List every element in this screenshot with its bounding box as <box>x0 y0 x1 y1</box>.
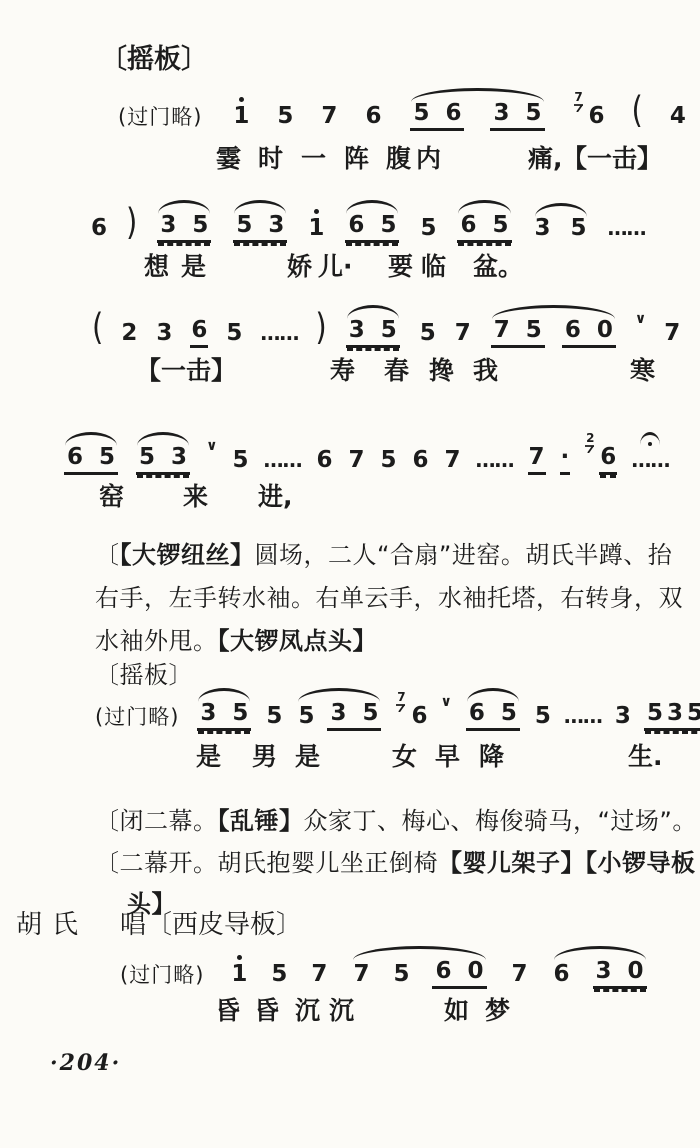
stage-direction-line: 水袖外甩。【大锣凤点头】 <box>95 626 377 656</box>
note: 5 <box>265 705 283 731</box>
grace-digit: 7 <box>397 691 405 703</box>
stage-direction-text: 右手，左手转水袖。右单云手，水袖托塔，右转身，双 <box>95 584 683 612</box>
lyrics-line-5: 是男是女早降生. <box>0 744 700 778</box>
continuation-dots: …… <box>476 450 514 470</box>
beamed-notes: 65 <box>64 446 118 475</box>
beamed-notes: 53 <box>136 446 190 475</box>
slur-group: 630 <box>551 946 649 989</box>
slur-group: 65 <box>455 200 513 243</box>
parenthesis: ) <box>126 204 137 243</box>
lyric-syllable: 生. <box>628 744 663 769</box>
slur-group: 65 <box>343 200 401 243</box>
note: 7 <box>347 449 365 475</box>
note-high-octave: 1 <box>230 963 248 989</box>
note-digit: 5 <box>362 702 378 725</box>
note-digit: 5 <box>526 319 542 342</box>
continuation-dots: …… <box>263 450 301 470</box>
note: 67 <box>410 705 428 731</box>
gong-pattern-marker: 【乱锤】 <box>218 807 304 835</box>
gong-pattern-marker: 【大锣纽丝】 <box>120 541 255 569</box>
note-digit: 3 <box>200 702 216 725</box>
grace-note: 7 <box>573 91 585 112</box>
beamed-notes: 35 <box>327 702 381 731</box>
note-digit: 5 <box>99 446 115 469</box>
continuation-dots: …… <box>564 706 602 726</box>
lyric-syllable: 时 <box>258 146 283 171</box>
tempo-marker-yaoban-top: 〔摇板〕 <box>100 46 208 73</box>
stage-direction-line: 〔摇板〕 <box>95 660 193 690</box>
lyrics-line-4: 窑来进, <box>0 484 700 518</box>
note: 6 <box>90 217 108 243</box>
lyric-syllable: 男 <box>252 744 277 769</box>
continuation-dots: …… <box>260 323 298 343</box>
lyric-syllable: 窑 <box>99 484 124 509</box>
interlude-omitted-label: (过门略) <box>118 107 202 128</box>
stage-direction-text: 〔 <box>95 541 120 569</box>
note-digit: 0 <box>628 960 644 983</box>
breath-mark: ∨ <box>441 695 452 709</box>
beamed-notes: 30 <box>593 960 647 989</box>
notation-line-4: 6553∨5……67567……7·62…… <box>62 432 669 475</box>
slur-group: 53 <box>231 200 289 243</box>
parenthesis: ( <box>632 92 643 131</box>
note: 5 <box>419 217 437 243</box>
lyric-syllable: 阵 <box>344 146 369 171</box>
beamed-notes: 35 <box>157 214 211 243</box>
lyric-syllable: 昏 <box>254 998 279 1023</box>
slur-group: 35 <box>344 305 402 348</box>
note: 7 <box>454 322 472 348</box>
note: 3 <box>534 217 552 243</box>
note: 6 <box>412 449 430 475</box>
beamed-notes: 75 <box>491 319 545 348</box>
lyric-syllable: 是 <box>181 254 206 279</box>
note: 3 <box>155 322 173 348</box>
note-high-octave: 1 <box>232 105 250 131</box>
note-digit: 6 <box>435 960 451 983</box>
lyric-syllable: 儿· <box>318 254 353 279</box>
note: 5 <box>225 322 243 348</box>
lyric-syllable: 内 <box>416 146 441 171</box>
beamed-notes: 35 <box>490 102 544 131</box>
stage-direction-line: 右手，左手转水袖。右单云手，水袖托塔，右转身，双 <box>95 583 683 613</box>
note: 7 <box>310 963 328 989</box>
lyric-syllable: 春 <box>384 358 409 383</box>
page-number: ·204· <box>50 1050 121 1076</box>
note: 5 <box>379 449 397 475</box>
lyrics-line-3: 【一击】寿春搀我寒 <box>0 358 700 392</box>
lyrics-line-6: 昏昏沉沉如梦 <box>0 998 700 1032</box>
note: 62 <box>599 446 617 475</box>
lyric-syllable: 寒 <box>630 358 655 383</box>
lyric-syllable: 降 <box>479 744 504 769</box>
breath-mark: ∨ <box>206 439 217 453</box>
stage-direction-line: 〔【大锣纽丝】圆场，二人“合扇”进窑。胡氏半蹲、抬 <box>95 540 672 570</box>
note-digit: 3 <box>171 446 187 469</box>
note-digit: 5 <box>501 702 517 725</box>
beamed-notes: 53 <box>233 214 287 243</box>
beamed-notes: 65 <box>345 214 399 243</box>
notation-line-1: (过门略)1576563567(43·5 <box>118 88 700 131</box>
parenthesis: ( <box>92 309 103 348</box>
continuation-dots: …… <box>608 218 646 238</box>
stage-direction-text: 〔摇板〕 <box>95 661 193 689</box>
parenthesis: ) <box>315 309 326 348</box>
note-digit: 6 <box>460 214 476 237</box>
note-digit: 6 <box>67 446 83 469</box>
note: 2 <box>120 322 138 348</box>
singer-name: 胡 <box>16 912 42 938</box>
slur-group: 53 <box>134 432 192 475</box>
note-digit: 3 <box>268 214 284 237</box>
note: · <box>560 446 571 475</box>
gong-pattern-marker: 【大锣凤点头】 <box>218 627 378 655</box>
lyrics-line-1: 霎时一阵腹内痛,【一击】 <box>0 146 700 180</box>
lyric-syllable: 搀 <box>429 358 454 383</box>
note: 5 <box>276 105 294 131</box>
note: 7 <box>320 105 338 131</box>
lyric-syllable: 霎 <box>216 146 241 171</box>
stage-direction-text: 〔二幕开。胡氏抱婴儿坐正倒椅 <box>95 849 438 877</box>
note-digit: 5 <box>232 702 248 725</box>
note: 6 <box>364 105 382 131</box>
note: 5 <box>534 705 552 731</box>
note-digit: 5 <box>492 214 508 237</box>
note: 6 <box>190 319 208 348</box>
note-digit: 5 <box>236 214 252 237</box>
note-digit: 5 <box>526 102 542 125</box>
interlude-omitted-label: (过门略) <box>120 965 204 986</box>
note: 6 <box>553 963 571 989</box>
continuation-dots-fermata: …… <box>631 450 669 470</box>
stage-direction-text: 众家丁、梅心、梅俊骑马，“过场”。 <box>304 807 697 835</box>
lyric-syllable: 我 <box>473 358 498 383</box>
note-digit: 6 <box>469 702 485 725</box>
note-digit: 3 <box>596 960 612 983</box>
note: 6 <box>315 449 333 475</box>
note-digit: 3 <box>493 102 509 125</box>
lyric-syllable: 如 <box>444 998 469 1023</box>
grace-hook-icon <box>395 703 407 712</box>
grace-note: 2 <box>584 432 596 453</box>
note-digit: 3 <box>349 319 365 342</box>
note-digit: 5 <box>413 102 429 125</box>
beamed-notes: 56 <box>410 102 464 131</box>
stage-direction-text: 圆场，二人“合扇”进窑。胡氏半蹲、抬 <box>255 541 673 569</box>
percussion-marker: 【一击】 <box>562 146 662 171</box>
beamed-notes: 35 <box>197 702 251 731</box>
note-high-octave: 1 <box>307 217 325 243</box>
lyric-syllable: 寿 <box>330 358 355 383</box>
slur-group: 7560 <box>489 305 618 348</box>
beamed-notes: 65 <box>457 214 511 243</box>
stage-direction-line: 〔闭二幕。【乱锤】众家丁、梅心、梅俊骑马，“过场”。 <box>95 806 697 836</box>
beamed-notes: 5353 <box>644 702 700 731</box>
note: 5 <box>297 705 315 731</box>
lyric-syllable: 是 <box>196 744 221 769</box>
note-digit: 6 <box>445 102 461 125</box>
grace-note: 7 <box>395 691 407 712</box>
lyric-syllable: 来 <box>183 484 208 509</box>
notation-line-6: (过门略)15775607630 <box>120 946 649 989</box>
lyric-syllable: 女 <box>392 744 417 769</box>
singer-line: 胡氏唱〔西皮导板〕 <box>0 912 700 946</box>
slur-group: 5635 <box>408 88 546 131</box>
note-digit: 7 <box>494 319 510 342</box>
lyric-syllable: 梦 <box>485 998 510 1023</box>
note-digit: 5 <box>647 702 663 725</box>
notation-line-5: (过门略)35553567∨655……353535 <box>95 688 700 731</box>
slur-group: 35 <box>195 688 253 731</box>
lyric-syllable: 昏 <box>215 998 240 1023</box>
lyric-syllable: 沉 <box>329 998 354 1023</box>
note-digit: 5 <box>139 446 155 469</box>
grace-digit: 7 <box>574 91 582 103</box>
lyric-syllable: 临 <box>421 254 446 279</box>
note: 67 <box>588 105 606 131</box>
lyrics-line-2: 想是娇儿·要临盆。 <box>0 254 700 288</box>
slur-group: 65 <box>62 432 120 475</box>
note-digit: 6 <box>565 319 581 342</box>
note-digit: 3 <box>160 214 176 237</box>
lyric-syllable: 想 <box>144 254 169 279</box>
lyric-syllable: 痛, <box>528 146 563 171</box>
note: 3 <box>614 705 632 731</box>
sing-mode-label: 唱〔西皮导板〕 <box>120 912 302 938</box>
grace-hook-icon <box>573 103 585 112</box>
note: 7 <box>352 963 370 989</box>
note-digit: 3 <box>667 702 683 725</box>
note: 5 <box>270 963 288 989</box>
note: 4 <box>669 105 687 131</box>
note: 7 <box>528 446 546 475</box>
beamed-notes: 60 <box>562 319 616 348</box>
slur-group: 35 <box>155 200 213 243</box>
slur-group: 535 <box>295 688 383 731</box>
notation-line-2: 6)355316556535…… <box>90 200 646 243</box>
lyric-syllable: 盆。 <box>473 254 523 279</box>
interlude-omitted-label: (过门略) <box>95 707 179 728</box>
gong-pattern-marker: 【婴儿架子】【小锣导板 <box>438 849 696 877</box>
lyric-syllable: 要 <box>388 254 413 279</box>
note-digit: 5 <box>687 702 700 725</box>
note-digit: 0 <box>467 960 483 983</box>
notation-line-3: (2365……)35577560∨7 <box>92 305 681 348</box>
note-digit: 5 <box>192 214 208 237</box>
note-digit: 6 <box>348 214 364 237</box>
grace-hook-icon <box>584 444 596 453</box>
note: 5 <box>231 449 249 475</box>
stage-direction-line: 〔二幕开。胡氏抱婴儿坐正倒椅【婴儿架子】【小锣导板 <box>95 848 696 878</box>
lyric-syllable: 进, <box>258 484 293 509</box>
beamed-notes: 65 <box>466 702 520 731</box>
beamed-notes: 35 <box>346 319 400 348</box>
lyric-syllable: 是 <box>295 744 320 769</box>
breath-mark: ∨ <box>635 312 646 326</box>
lyric-syllable: 娇 <box>287 254 312 279</box>
score-page: ·204· (过门略)1576563567(43·56)355316556535… <box>0 0 700 1148</box>
note-digit: 3 <box>330 702 346 725</box>
slur-group: 7560 <box>350 946 488 989</box>
stage-direction-text: 〔闭二幕。 <box>95 807 218 835</box>
beamed-notes: 60 <box>432 960 486 989</box>
lyric-syllable: 腹 <box>386 146 411 171</box>
lyric-syllable: 沉 <box>295 998 320 1023</box>
lyric-syllable: 早 <box>435 744 460 769</box>
note: 7 <box>663 322 681 348</box>
singer-name: 氏 <box>52 912 78 938</box>
slur-group: 35 <box>532 203 590 243</box>
note: 7 <box>444 449 462 475</box>
stage-direction-text: 水袖外甩。 <box>95 627 218 655</box>
slur-group: 65 <box>464 688 522 731</box>
lyric-syllable: 一 <box>301 146 326 171</box>
grace-digit: 2 <box>586 432 594 444</box>
note: 5 <box>419 322 437 348</box>
percussion-marker: 【一击】 <box>136 358 236 383</box>
note: 5 <box>392 963 410 989</box>
note-digit: 5 <box>381 319 397 342</box>
note-digit: 5 <box>380 214 396 237</box>
note-digit: 0 <box>597 319 613 342</box>
note: 7 <box>511 963 529 989</box>
note: 5 <box>570 217 588 243</box>
